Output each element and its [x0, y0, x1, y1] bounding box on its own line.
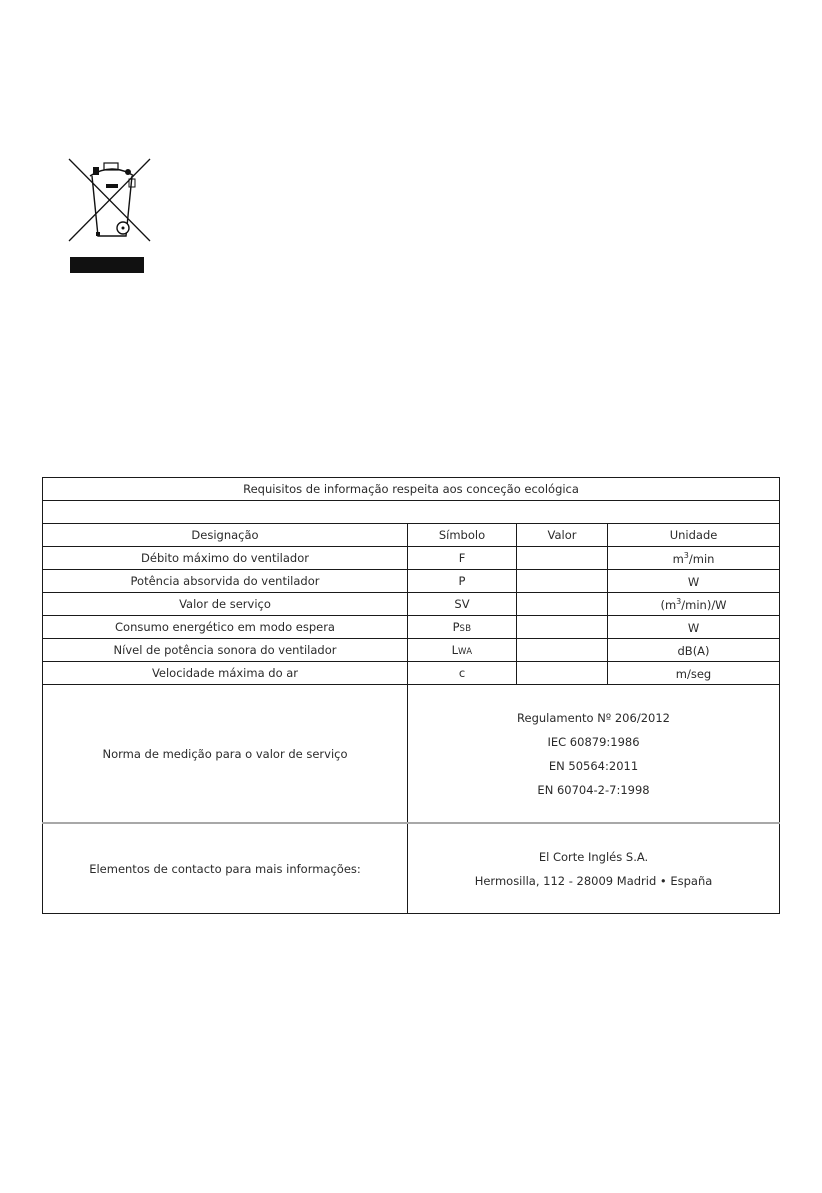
- row-symbol: c: [408, 662, 517, 685]
- row-designation: Valor de serviço: [43, 593, 408, 616]
- row-symbol: F: [408, 547, 517, 570]
- table-row: Débito máximo do ventilador F m3/min: [43, 547, 780, 570]
- table-row: Velocidade máxima do ar c m/seg: [43, 662, 780, 685]
- row-unit: m/seg: [608, 662, 780, 685]
- row-designation: Consumo energético em modo espera: [43, 616, 408, 639]
- header-symbol: Símbolo: [408, 524, 517, 547]
- row-designation: Nível de potência sonora do ventilador: [43, 639, 408, 662]
- header-value: Valor: [517, 524, 608, 547]
- table-title: Requisitos de informação respeita aos co…: [43, 478, 780, 501]
- row-value: [517, 593, 608, 616]
- row-value: [517, 570, 608, 593]
- row-value: [517, 547, 608, 570]
- norm-label: Norma de medição para o valor de serviço: [43, 685, 408, 824]
- contact-company: El Corte Inglés S.A.: [408, 845, 779, 869]
- table-row: Consumo energético em modo espera PSB W: [43, 616, 780, 639]
- row-symbol: SV: [408, 593, 517, 616]
- table-row: Nível de potência sonora do ventilador L…: [43, 639, 780, 662]
- row-designation: Velocidade máxima do ar: [43, 662, 408, 685]
- contact-details: El Corte Inglés S.A. Hermosilla, 112 - 2…: [408, 823, 780, 914]
- row-symbol: LWA: [408, 639, 517, 662]
- table-header-row: Designação Símbolo Valor Unidade: [43, 524, 780, 547]
- norm-line: Regulamento Nº 206/2012: [408, 706, 779, 730]
- header-unit: Unidade: [608, 524, 780, 547]
- norm-standards: Regulamento Nº 206/2012 IEC 60879:1986 E…: [408, 685, 780, 824]
- norm-row: Norma de medição para o valor de serviço…: [43, 685, 780, 824]
- row-designation: Potência absorvida do ventilador: [43, 570, 408, 593]
- norm-line: IEC 60879:1986: [408, 730, 779, 754]
- row-unit: W: [608, 570, 780, 593]
- row-value: [517, 662, 608, 685]
- row-unit: (m3/min)/W: [608, 593, 780, 616]
- table-row: Potência absorvida do ventilador P W: [43, 570, 780, 593]
- row-value: [517, 616, 608, 639]
- norm-line: EN 50564:2011: [408, 754, 779, 778]
- row-designation: Débito máximo do ventilador: [43, 547, 408, 570]
- row-value: [517, 639, 608, 662]
- ecodesign-information-table: Requisitos de informação respeita aos co…: [42, 477, 780, 914]
- row-unit: dB(A): [608, 639, 780, 662]
- empty-row: [43, 501, 780, 524]
- row-unit: W: [608, 616, 780, 639]
- row-symbol: P: [408, 570, 517, 593]
- table-row: Valor de serviço SV (m3/min)/W: [43, 593, 780, 616]
- contact-label: Elementos de contacto para mais informaç…: [43, 823, 408, 914]
- norm-line: EN 60704-2-7:1998: [408, 778, 779, 802]
- row-unit: m3/min: [608, 547, 780, 570]
- contact-address: Hermosilla, 112 - 28009 Madrid • España: [408, 869, 779, 893]
- header-designation: Designação: [43, 524, 408, 547]
- contact-row: Elementos de contacto para mais informaç…: [43, 823, 780, 914]
- weee-recycling-bin-icon: [62, 152, 158, 278]
- row-symbol: PSB: [408, 616, 517, 639]
